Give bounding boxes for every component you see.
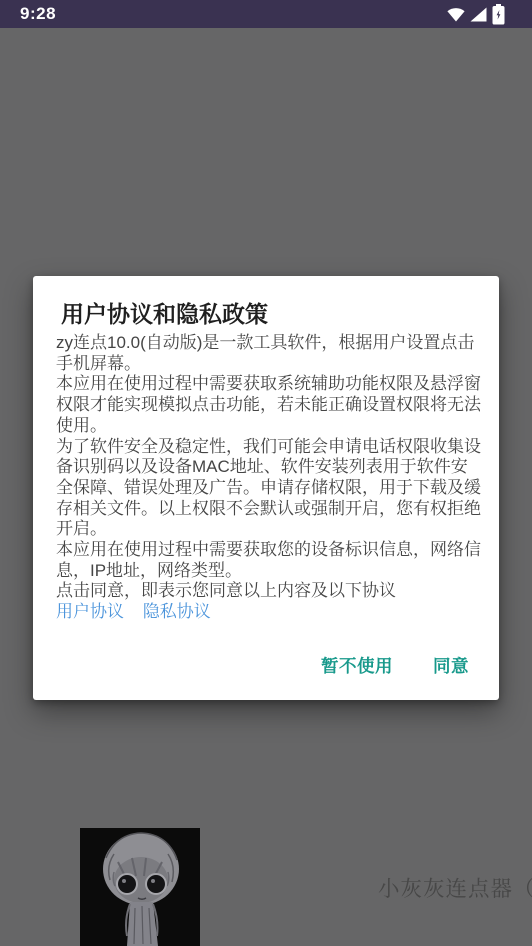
android-screen: 9:28 — [0, 0, 532, 946]
app-thumbnail — [80, 828, 200, 946]
wifi-icon — [447, 7, 465, 22]
sketch-chibi-girl-image — [80, 828, 200, 946]
battery-charging-icon — [492, 4, 505, 25]
dialog-actions: 暂不使用 同意 — [321, 653, 469, 678]
status-bar: 9:28 — [0, 0, 532, 28]
dialog-title: 用户协议和隐私政策 — [33, 276, 499, 329]
dialog-paragraph: 本应用在使用过程中需要获取您的设备标识信息，网络信息，IP地址，网络类型。 — [56, 540, 483, 581]
dialog-paragraph: zy连点10.0(自动版)是一款工具软件，根据用户设置点击手机屏幕。 — [56, 333, 483, 374]
decline-button[interactable]: 暂不使用 — [321, 653, 393, 678]
status-time: 9:28 — [20, 4, 56, 24]
agree-button[interactable]: 同意 — [433, 653, 469, 678]
dialog-message: zy连点10.0(自动版)是一款工具软件，根据用户设置点击手机屏幕。 本应用在使… — [33, 333, 499, 623]
dialog-paragraph: 为了软件安全及稳定性，我们可能会申请电话权限收集设备识别码以及设备MAC地址、软… — [56, 437, 483, 541]
privacy-agreement-link[interactable]: 隐私协议 — [143, 602, 211, 621]
app-item-title: 小灰灰连点器（ — [378, 872, 532, 903]
status-icons — [447, 4, 505, 25]
agreement-links-row: 用户协议 隐私协议 — [56, 602, 483, 623]
privacy-policy-dialog: 用户协议和隐私政策 zy连点10.0(自动版)是一款工具软件，根据用户设置点击手… — [33, 276, 499, 700]
dialog-paragraph: 点击同意，即表示您同意以上内容及以下协议 — [56, 581, 483, 602]
dialog-paragraph: 本应用在使用过程中需要获取系统辅助功能权限及悬浮窗权限才能实现模拟点击功能，若未… — [56, 374, 483, 436]
signal-icon — [470, 7, 487, 22]
user-agreement-link[interactable]: 用户协议 — [56, 602, 124, 621]
